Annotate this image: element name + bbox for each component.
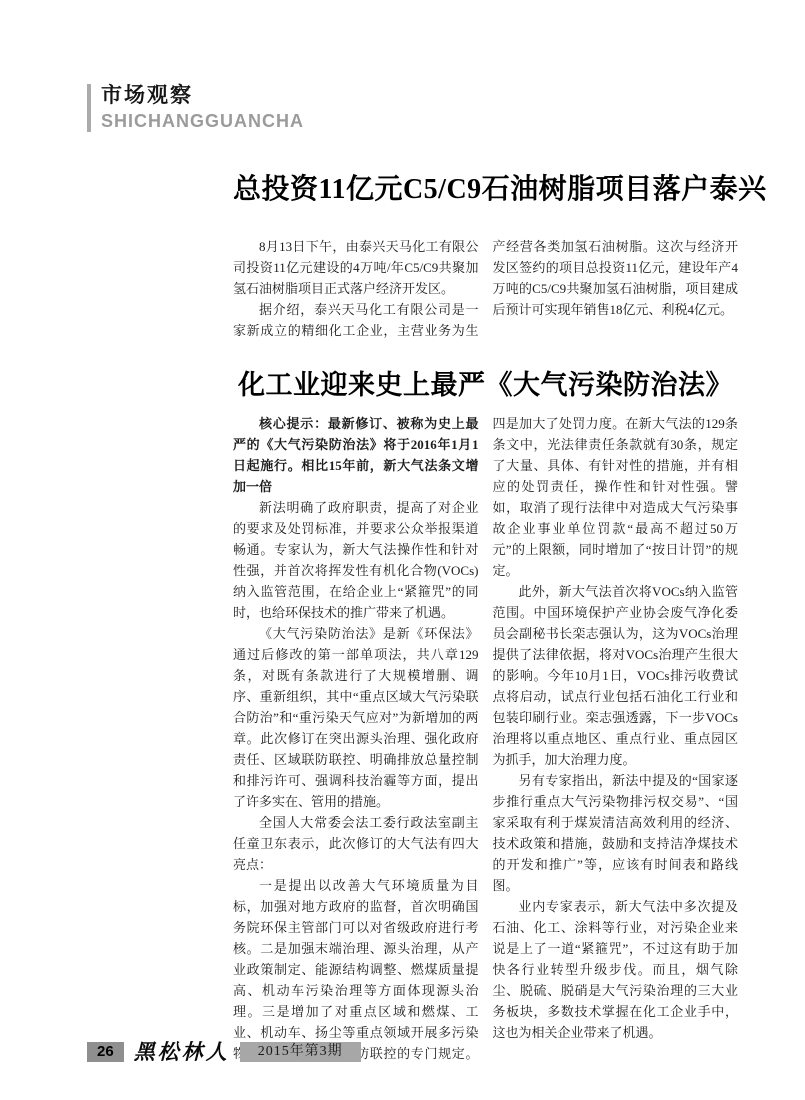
magazine-logo: 黑松林人 — [134, 1041, 230, 1063]
paragraph: 8月13日下午，由泰兴天马化工有限公司投资11亿元建设的4万吨/年C5/C9共聚… — [233, 236, 479, 299]
article-2-title: 化工业迎来史上最严《大气污染防治法》 — [233, 365, 738, 405]
accent-bar — [87, 84, 91, 132]
paragraph: 《大气污染防治法》是新《环保法》通过后修改的第一部单项法，共八章129条，对既有… — [233, 623, 479, 812]
section-title-pinyin: SHICHANGGUANCHA — [101, 110, 304, 132]
paragraph: 业内专家表示，新大气法中多次提及石油、化工、涂料等行业，对污染企业来说是上了一道… — [493, 896, 739, 1043]
article-1-body: 8月13日下午，由泰兴天马化工有限公司投资11亿元建设的4万吨/年C5/C9共聚… — [233, 236, 738, 341]
article-2-body: 核心提示：最新修订、被称为史上最严的《大气污染防治法》将于2016年1月1日起施… — [233, 413, 738, 1064]
article-1-title: 总投资11亿元C5/C9石油树脂项目落户泰兴 — [233, 170, 738, 210]
paragraph: 全国人大常委会法工委行政法室副主任童卫东表示，此次修订的大气法有四大亮点： — [233, 812, 479, 875]
section-header-text: 市场观察 SHICHANGGUANCHA — [101, 84, 304, 132]
page-number: 26 — [87, 1042, 124, 1062]
page-content: 总投资11亿元C5/C9石油树脂项目落户泰兴 8月13日下午，由泰兴天马化工有限… — [233, 170, 738, 1064]
paragraph: 另有专家指出，新法中提及的“国家逐步推行重点大气污染物排污权交易”、“国家采取有… — [493, 770, 739, 896]
magazine-page: 市场观察 SHICHANGGUANCHA 总投资11亿元C5/C9石油树脂项目落… — [0, 0, 805, 1100]
section-title: 市场观察 — [101, 84, 304, 108]
article-2-paragraphs: 新法明确了政府职责，提高了对企业的要求及处罚标准，并要求公众举报渠道畅通。专家认… — [233, 413, 738, 1064]
paragraph: 此外，新大气法首次将VOCs纳入监管范围。中国环境保护产业协会废气净化委员会副秘… — [493, 581, 739, 770]
issue-label: 2015年第3期 — [240, 1042, 361, 1062]
paragraph: 新法明确了政府职责，提高了对企业的要求及处罚标准，并要求公众举报渠道畅通。专家认… — [233, 497, 479, 623]
section-header: 市场观察 SHICHANGGUANCHA — [87, 84, 304, 132]
article-2-lead: 核心提示：最新修订、被称为史上最严的《大气污染防治法》将于2016年1月1日起施… — [233, 413, 479, 497]
page-footer: 26 黑松林人 2015年第3期 — [87, 1041, 361, 1063]
article-air-pollution-law: 化工业迎来史上最严《大气污染防治法》 核心提示：最新修订、被称为史上最严的《大气… — [233, 365, 738, 1064]
article-taixing-project: 总投资11亿元C5/C9石油树脂项目落户泰兴 8月13日下午，由泰兴天马化工有限… — [233, 170, 738, 341]
